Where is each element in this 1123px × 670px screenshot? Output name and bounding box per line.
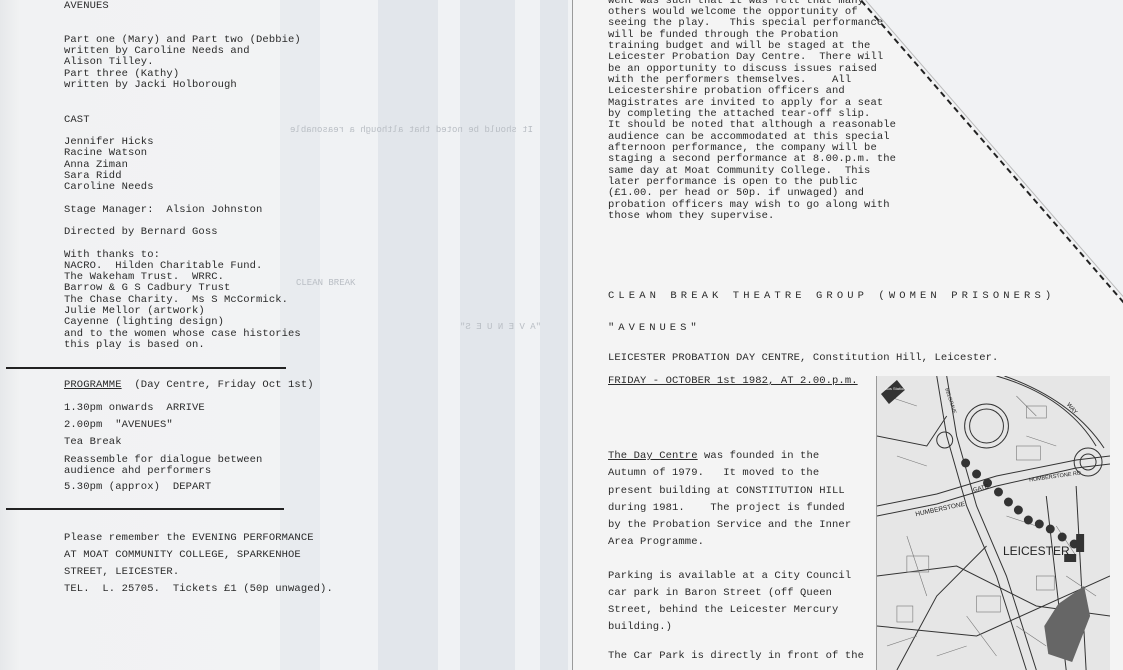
show-through-text: It should be noted that although a reaso… <box>290 125 533 135</box>
cast-heading: CAST <box>64 115 90 126</box>
programme-item: 5.30pm (approx) DEPART <box>64 482 211 493</box>
divider <box>6 367 286 369</box>
middle-panel: CLEAN BREAK "A V E N U E S" It should be… <box>290 0 572 670</box>
programme-item: Reassemble for dialogue between audience… <box>64 455 262 478</box>
map-label-city: LEICESTER <box>1003 544 1070 558</box>
venue: LEICESTER PROBATION DAY CENTRE, Constitu… <box>608 353 998 364</box>
programme-subheading: (Day Centre, Friday Oct 1st) <box>122 379 314 391</box>
cast-member: Racine Watson <box>64 148 147 159</box>
programme-item: 1.30pm onwards ARRIVE <box>64 403 205 414</box>
director: Directed by Bernard Goss <box>64 227 218 238</box>
show-through-text: "A V E N U E S" <box>460 322 541 332</box>
car-park-text: The Car Park is directly in front of the <box>608 651 864 662</box>
scanned-document: CLEAN BREAK "A V E N U E S" It should be… <box>0 0 1123 670</box>
cast-member: Caroline Needs <box>64 182 154 193</box>
play-title: AVENUES <box>64 1 109 12</box>
performance-date: FRIDAY - OCTOBER 1st 1982, AT 2.00.p.m. <box>608 376 858 387</box>
programme-heading: PROGRAMME <box>64 379 122 391</box>
play-heading: "AVENUES" <box>608 323 701 334</box>
day-centre-heading: The Day Centre <box>608 450 698 462</box>
street-map: LEICESTER HUMBERSTONE HUMBERSTONE RD GAT… <box>876 376 1110 670</box>
programme-item: 2.00pm "AVENUES" <box>64 420 173 431</box>
map-drawing <box>877 376 1110 670</box>
show-through-text: CLEAN BREAK <box>296 278 355 288</box>
company-heading: CLEAN BREAK THEATRE GROUP (WOMEN PRISONE… <box>608 291 1055 302</box>
divider <box>6 508 284 510</box>
map-label-bus-station: Bus Station <box>885 386 905 391</box>
stage-manager: Stage Manager: Alsion Johnston <box>64 205 262 216</box>
programme-item: Tea Break <box>64 437 122 448</box>
